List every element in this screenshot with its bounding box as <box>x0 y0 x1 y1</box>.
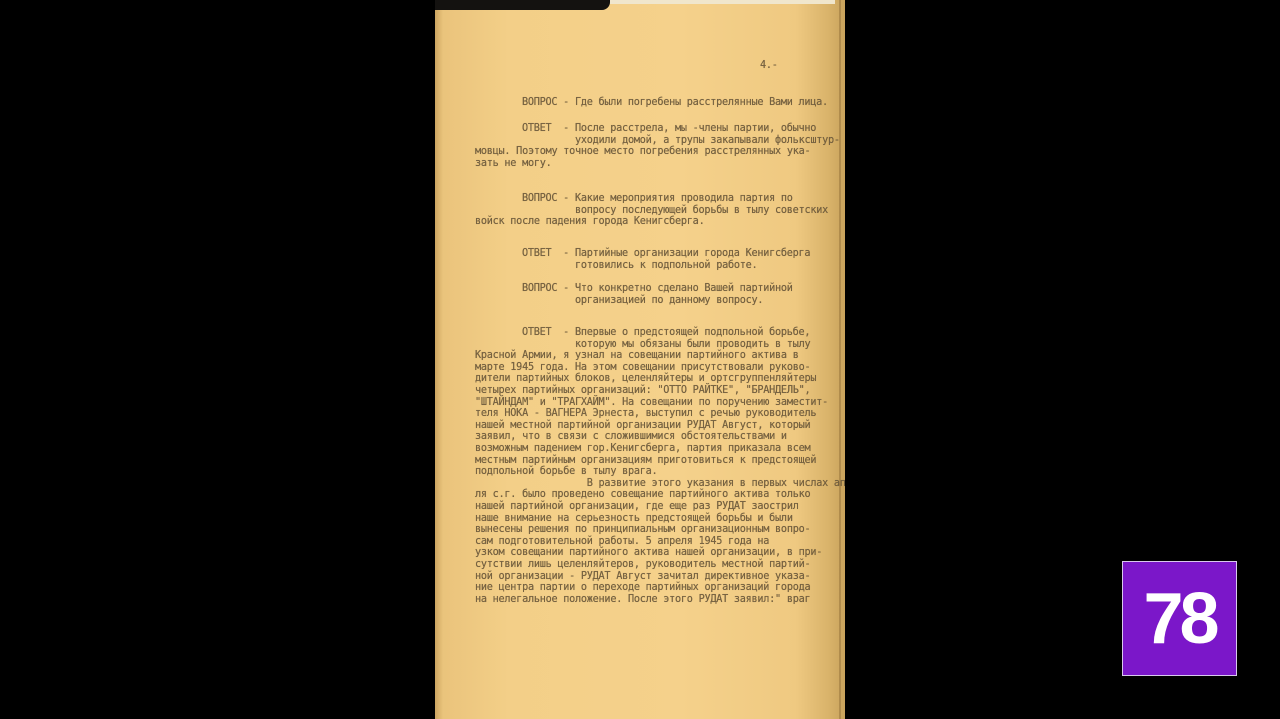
document-line: готовились к подпольной работе. <box>575 260 757 272</box>
qa-line-label: ОТВЕТ - Партийные организации города Кен… <box>522 248 810 260</box>
document-line: мовцы. Поэтому точное место погребения р… <box>475 146 810 158</box>
document-line: дители партийных блоков, целенляйтеры и … <box>475 373 816 385</box>
document-line: заявил, что в связи с сложившимися обсто… <box>475 431 787 443</box>
qa-line-label: ВОПРОС - Какие мероприятия проводила пар… <box>522 193 793 205</box>
page-right-edge <box>839 0 841 719</box>
page-top-shadow <box>435 0 610 10</box>
document-line: марте 1945 года. На этом совещании прису… <box>475 362 810 374</box>
document-line: возможным падением гор.Кенигсберга, парт… <box>475 443 810 455</box>
document-line: теля НОКА - ВАГНЕРА Эрнеста, выступил с … <box>475 408 816 420</box>
channel-logo: 78 <box>1122 561 1237 676</box>
document-line: организацией по данному вопросу. <box>575 295 763 307</box>
document-line: нашей местной партийной организации РУДА… <box>475 420 810 432</box>
document-line: ной организации - РУДАТ Август зачитал д… <box>475 571 810 583</box>
document-line: "ШТАЙНДАМ" и "ТРАГХАЙМ". На совещании по… <box>475 397 828 409</box>
document-line: ля с.г. было проведено совещание партийн… <box>475 489 810 501</box>
document-line: зать не могу. <box>475 158 551 170</box>
page-number: 4.- <box>760 60 778 72</box>
document-line: четырех партийных организаций: "ОТТО РАЙ… <box>475 385 810 397</box>
document-line: ние центра партии о переходе партийных о… <box>475 582 810 594</box>
qa-line-label: ВОПРОС - Что конкретно сделано Вашей пар… <box>522 283 793 295</box>
document-line: Красной Армии, я узнал на совещании парт… <box>475 350 799 362</box>
page-top-edge <box>610 0 835 4</box>
document-line: сам подготовительной работы. 5 апреля 19… <box>475 536 769 548</box>
document-line: наше внимание на серьезность предстоящей… <box>475 513 793 525</box>
qa-line-label: ОТВЕТ - Впервые о предстоящей подпольной… <box>522 327 810 339</box>
document-line: сутствии лишь целенляйтеров, руководител… <box>475 559 810 571</box>
document-line: В развитие этого указания в первых числа… <box>575 478 845 490</box>
page-binding-shadow <box>435 10 443 719</box>
qa-line-label: ВОПРОС - Где были погребены расстрелянны… <box>522 97 828 109</box>
document-line: войск после падения города Кенигсберга. <box>475 216 704 228</box>
document-line: подпольной борьбе в тылу врага. <box>475 466 657 478</box>
document-line: уходили домой, а трупы закапывали фолькс… <box>575 135 840 147</box>
document-page: 4.- ВОПРОС - Где были погребены расстрел… <box>435 0 845 719</box>
document-line: вопросу последующей борьбы в тылу советс… <box>575 205 828 217</box>
qa-line-label: ОТВЕТ - После расстрела, мы -члены парти… <box>522 123 816 135</box>
document-line: местным партийным организациям приготови… <box>475 455 816 467</box>
document-line: узком совещании партийного актива нашей … <box>475 547 822 559</box>
document-line: на нелегальное положение. После этого РУ… <box>475 594 810 606</box>
channel-logo-label: 78 <box>1143 583 1215 655</box>
document-line: которую мы обязаны были проводить в тылу <box>575 339 810 351</box>
document-line: нашей партийной организации, где еще раз… <box>475 501 799 513</box>
document-line: вынесены решения по принципиальным орган… <box>475 524 810 536</box>
